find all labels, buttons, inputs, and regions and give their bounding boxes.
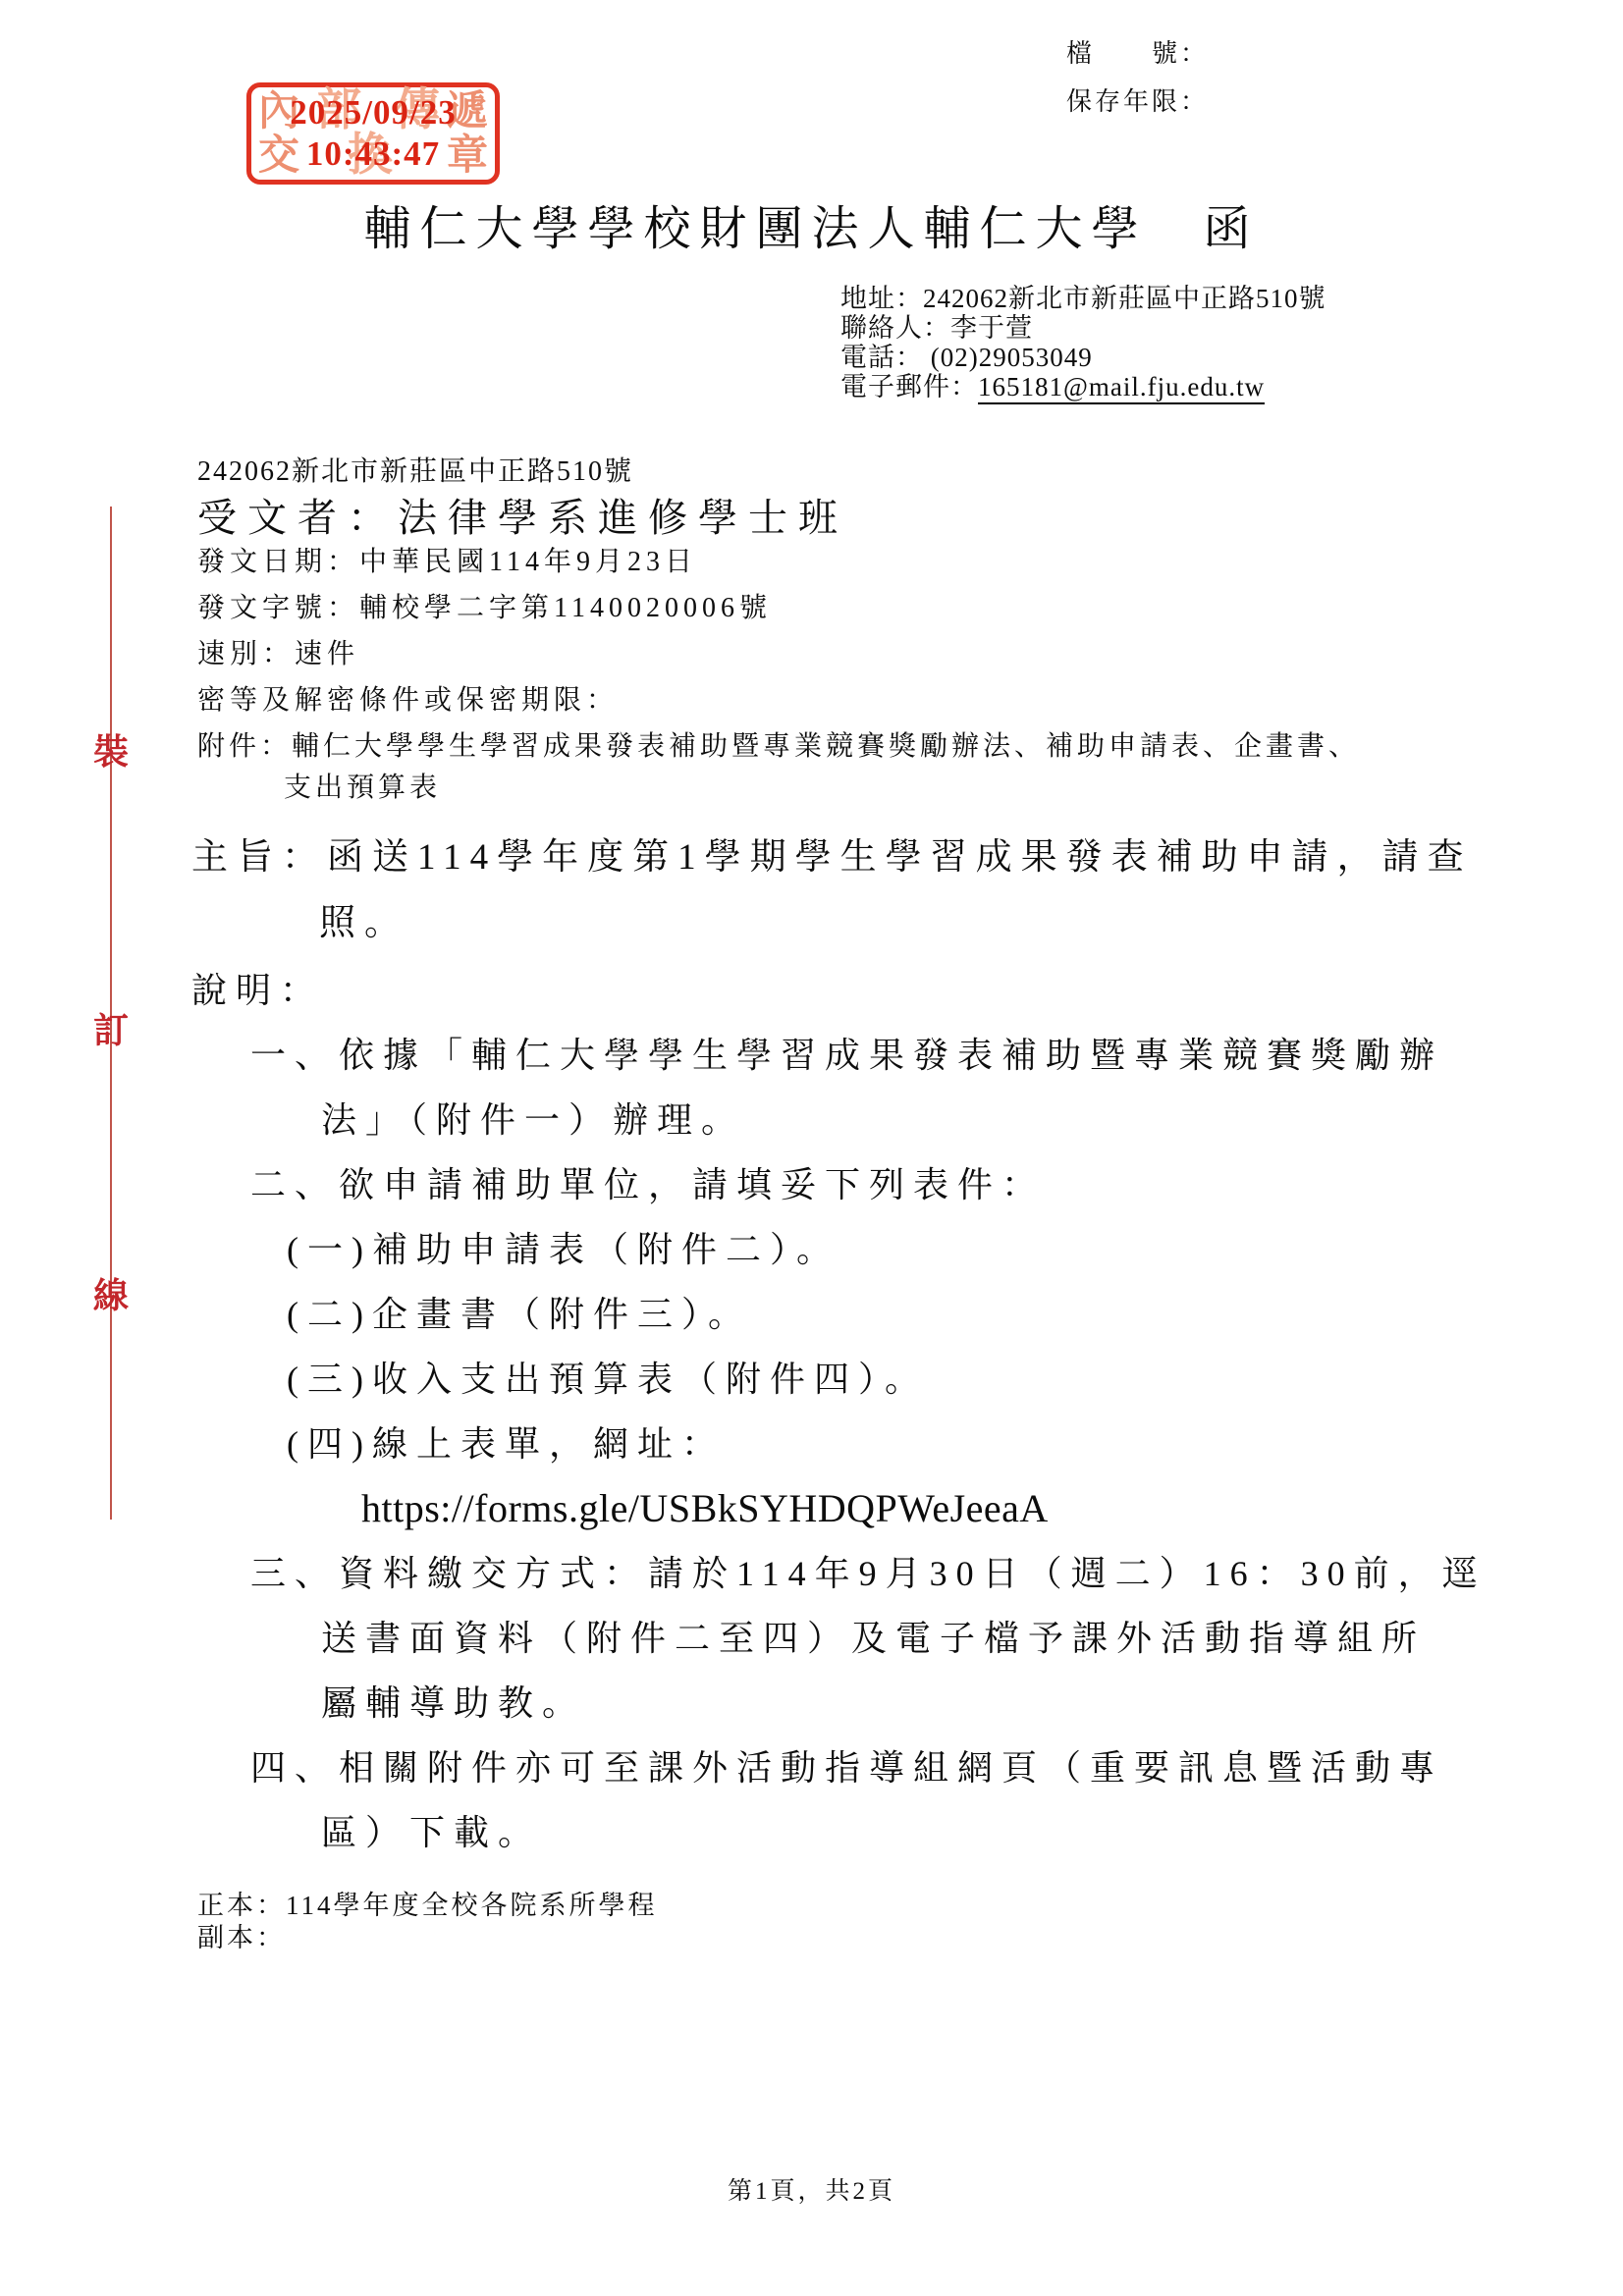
attachment-line-1: 附件：輔仁大學學生學習成果發表補助暨專業競賽獎勵辦法、補助申請表、企畫書、 <box>197 726 1360 768</box>
recipient-address: 242062新北市新莊區中正路510號 <box>197 450 633 489</box>
delivery-stamp: 內 交 遞 章 部 傳 換 2025/09/23 10:43:47 <box>246 82 500 185</box>
subject-line-1: 主旨：函送114學年度第1學期學生學習成果發表補助申請，請查 <box>191 825 1473 890</box>
meta-block: 發文日期：中華民國114年9月23日 發文字號：輔校學二字第1140020006… <box>197 539 772 723</box>
retention-period-label: 保存年限： <box>1066 78 1209 126</box>
document-title: 輔仁大學學校財團法人輔仁大學 函 <box>0 190 1623 258</box>
body-line: 一、依據「輔仁大學學生學習成果發表補助暨專業競賽獎勵辦 <box>0 1023 1623 1088</box>
sender-email-row: 電子郵件：165181@mail.fju.edu.tw <box>840 372 1326 401</box>
cc-line: 副本： <box>197 1922 658 1954</box>
body-line: 說明： <box>0 958 1623 1023</box>
sender-contact-block: 地址：242062新北市新莊區中正路510號 聯絡人：李于萱 電話： (02)2… <box>840 284 1326 401</box>
body-line: 四、相關附件亦可至課外活動指導組網頁（重要訊息暨活動專 <box>0 1735 1623 1800</box>
binding-char-xian: 線 <box>85 1278 136 1313</box>
archive-labels: 檔 號： 保存年限： <box>1066 29 1209 126</box>
document-page: 檔 號： 保存年限： 內 交 遞 章 部 傳 換 2025/09/23 10:4… <box>0 0 1623 2296</box>
subject-block: 主旨：函送114學年度第1學期學生學習成果發表補助申請，請查 照。 <box>191 825 1473 956</box>
sender-phone: 電話： (02)29053049 <box>840 343 1326 372</box>
body-line: (一)補助申請表（附件二）。 <box>0 1217 1623 1282</box>
sender-address: 地址：242062新北市新莊區中正路510號 <box>840 284 1326 313</box>
secrecy-level: 密等及解密條件或保密期限： <box>197 677 772 723</box>
doc-number: 發文字號：輔校學二字第1140020006號 <box>197 585 772 631</box>
body-line: (四)線上表單，網址： <box>0 1412 1623 1476</box>
body-line: 區）下載。 <box>0 1800 1623 1865</box>
body-line: 法」（附件一）辦理。 <box>0 1088 1623 1152</box>
speed-level: 速別：速件 <box>197 631 772 677</box>
body-line: 屬輔導助教。 <box>0 1671 1623 1735</box>
body-line: 三、資料繳交方式：請於114年9月30日（週二）16：30前，逕 <box>0 1541 1623 1606</box>
body-line: 送書面資料（附件二至四）及電子檔予課外活動指導組所 <box>0 1606 1623 1671</box>
sender-email-link[interactable]: 165181@mail.fju.edu.tw <box>978 372 1265 404</box>
subject-line-2: 照。 <box>191 890 1473 956</box>
stamp-time: 10:43:47 <box>251 136 495 171</box>
page-number: 第1頁，共2頁 <box>0 2171 1623 2207</box>
recipient-line: 受文者：法律學系進修學士班 <box>197 487 848 543</box>
sender-contact-person: 聯絡人：李于萱 <box>840 313 1326 343</box>
body-line: 二、欲申請補助單位，請填妥下列表件： <box>0 1152 1623 1217</box>
attachment-line-2: 支出預算表 <box>197 768 1360 809</box>
file-number-label: 檔 號： <box>1066 29 1209 78</box>
body-line: (二)企畫書（附件三）。 <box>0 1282 1623 1347</box>
form-url-link[interactable]: https://forms.gle/USBkSYHDQPWeJeeaA <box>0 1476 1623 1541</box>
original-copy-line: 正本：114學年度全校各院系所學程 <box>197 1890 658 1922</box>
sender-email-label: 電子郵件： <box>840 372 978 401</box>
issue-date: 發文日期：中華民國114年9月23日 <box>197 539 772 585</box>
stamp-date: 2025/09/23 <box>251 95 495 130</box>
binding-char-ding: 訂 <box>85 1013 136 1048</box>
body-line: (三)收入支出預算表（附件四）。 <box>0 1347 1623 1412</box>
copies-block: 正本：114學年度全校各院系所學程 副本： <box>197 1890 658 1954</box>
body-text: 說明： 一、依據「輔仁大學學生學習成果發表補助暨專業競賽獎勵辦 法」（附件一）辦… <box>0 958 1623 1865</box>
attachment-block: 附件：輔仁大學學生學習成果發表補助暨專業競賽獎勵辦法、補助申請表、企畫書、 支出… <box>197 726 1360 809</box>
binding-char-zhuang: 裝 <box>85 734 136 770</box>
